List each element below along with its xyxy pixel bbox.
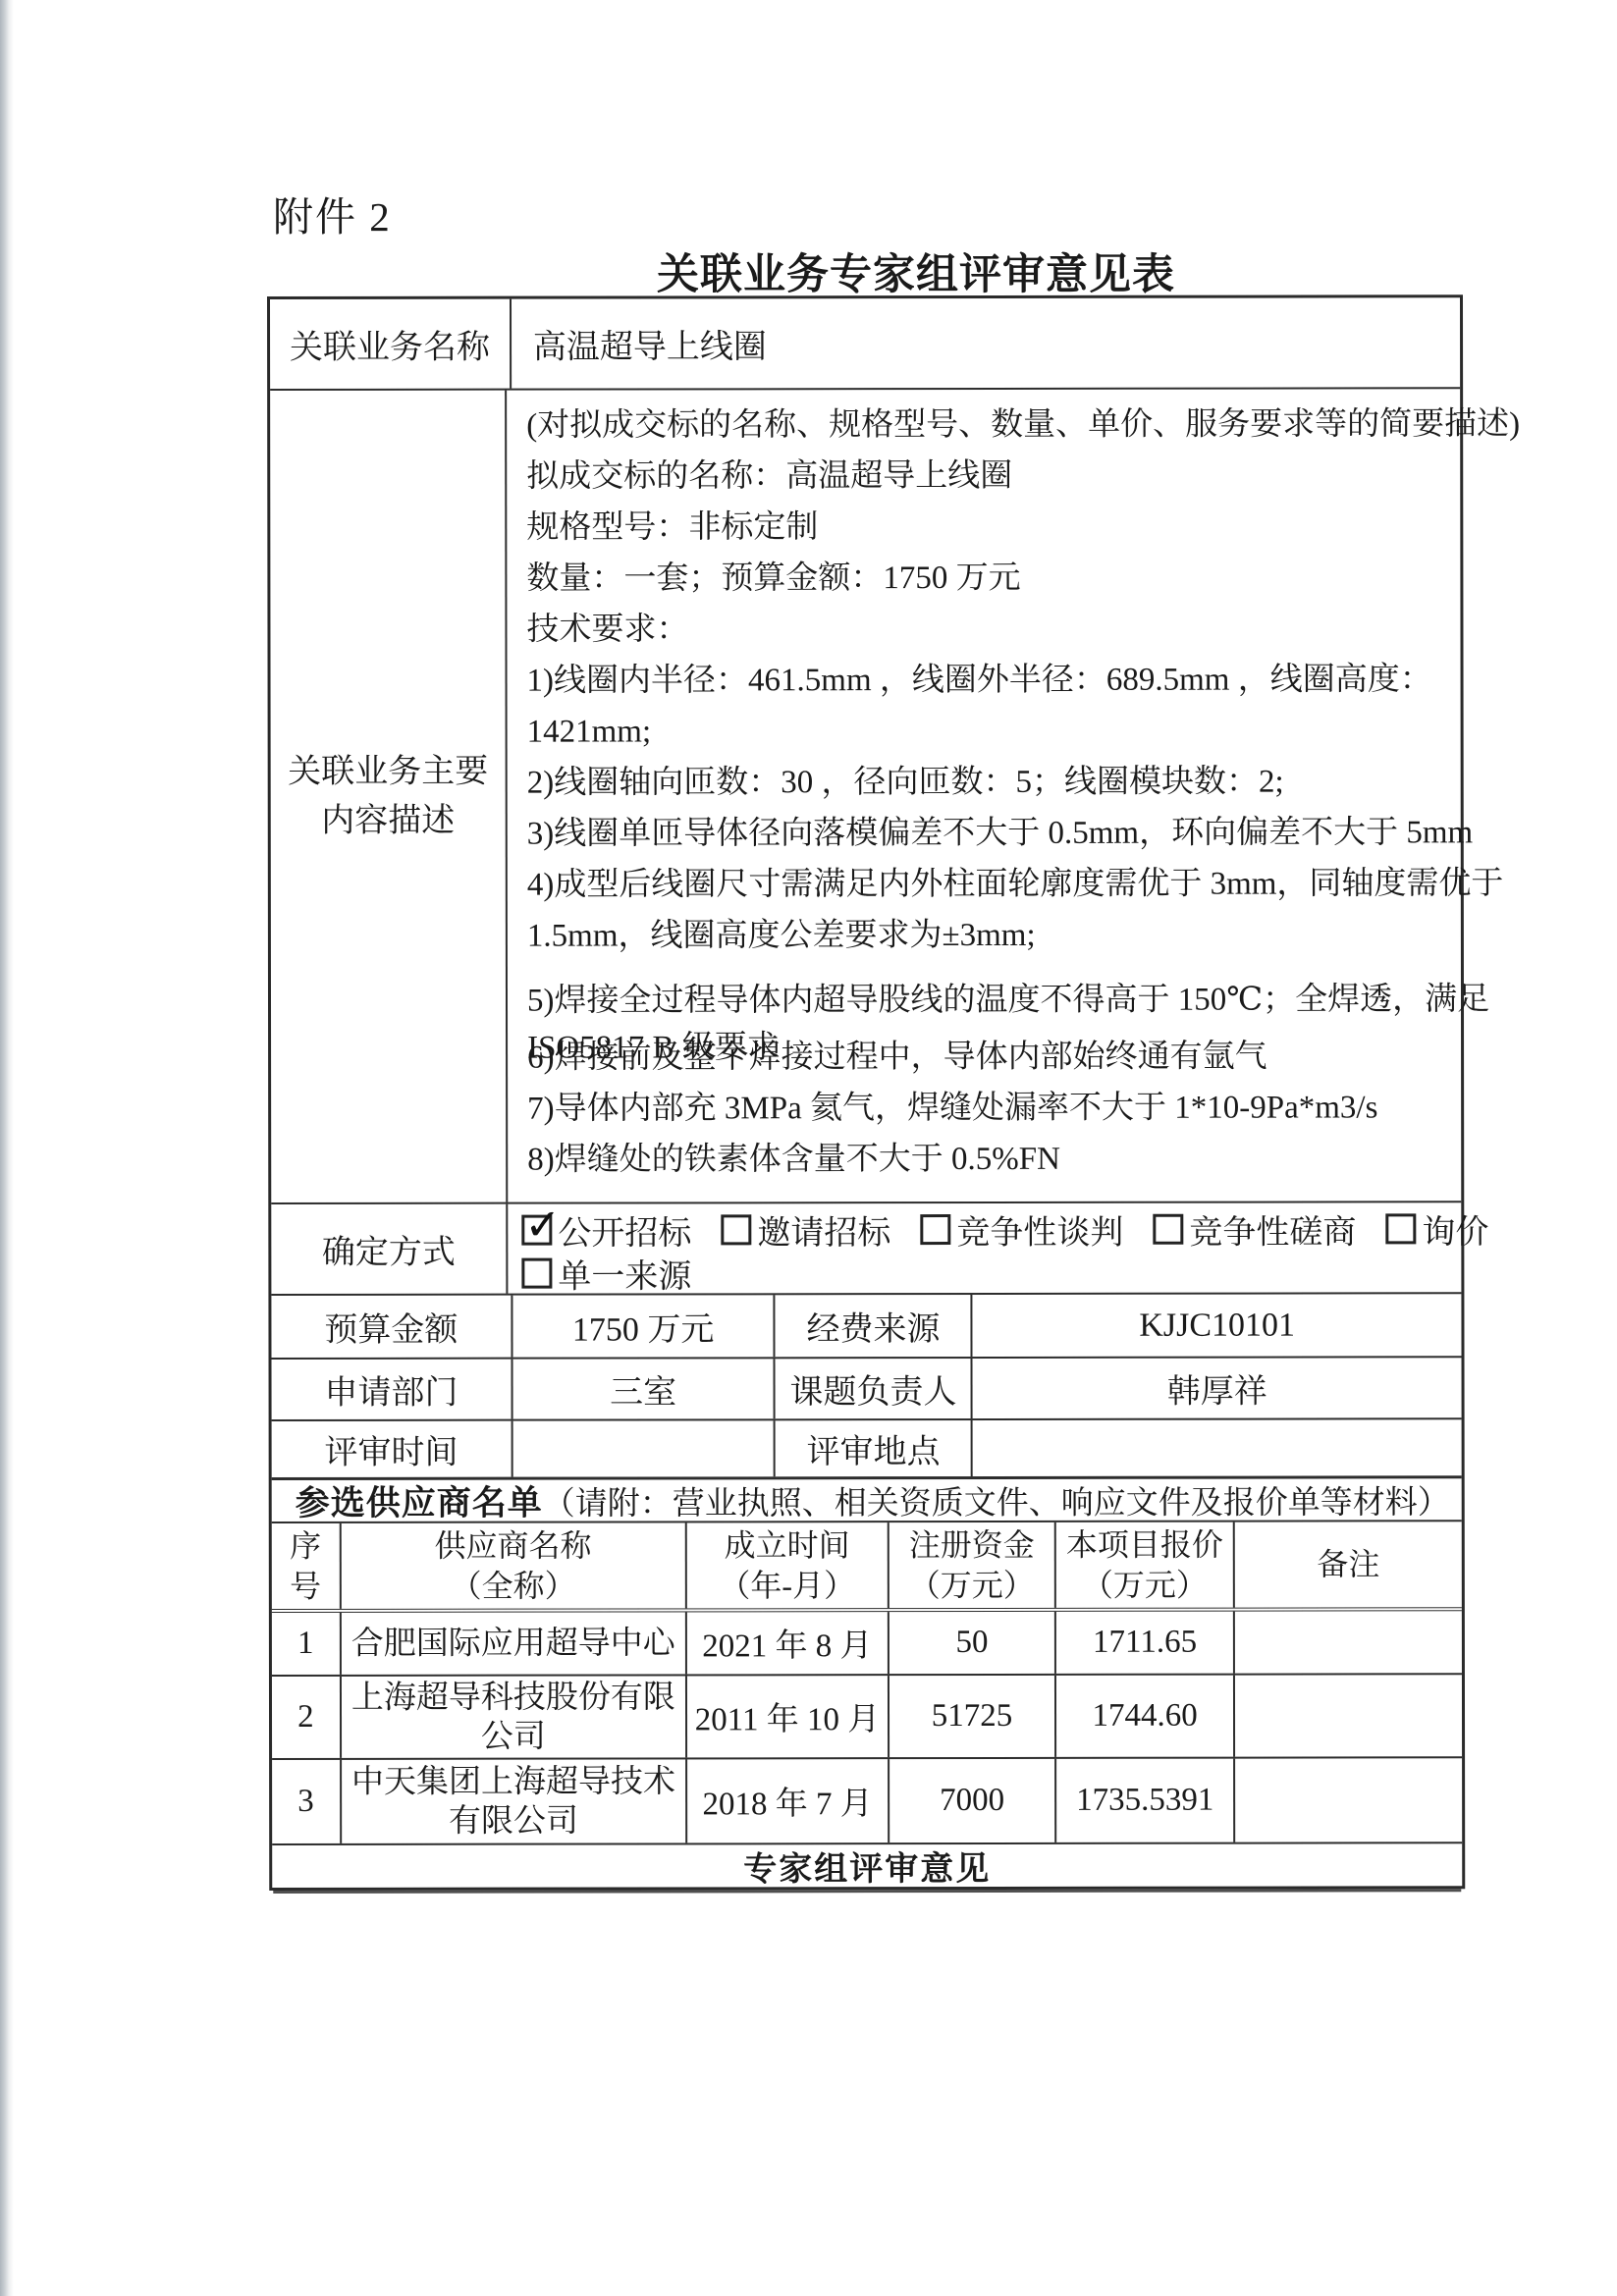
content-line: 技术要求：: [526, 603, 1446, 655]
supplier-seq: 1: [272, 1613, 340, 1675]
page-title: 关联业务专家组评审意见表: [318, 241, 1514, 301]
supplier-founded: 2018 年 7 月: [685, 1759, 888, 1842]
suppliers-header-row: 序 号 供应商名称 （全称） 成立时间 （年-月） 注册资金 （万元） 本项目报…: [272, 1520, 1462, 1613]
main-content-label-line1: 关联业务主要: [288, 747, 488, 796]
content-line: 数量：一套；预算金额：1750 万元: [526, 552, 1446, 604]
option-single-source: 单一来源: [521, 1249, 691, 1297]
main-content-label-line2: 内容描述: [321, 796, 455, 845]
content-line: 5)焊接全过程导体内超导股线的温度不得高于 150℃；全焊透，满足: [527, 974, 1447, 1026]
header-remark-line1: 备注: [1317, 1544, 1379, 1584]
business-name-label: 关联业务名称: [270, 299, 510, 389]
determination-options: 公开招标 邀请招标 竞争性谈判 竞争性磋商 询价: [506, 1202, 1461, 1293]
main-content-row: 关联业务主要 内容描述 (对拟成交标的名称、规格型号、数量、单价、服务要求等的简…: [270, 387, 1461, 1202]
supplier-capital: 50: [888, 1612, 1054, 1674]
content-line-overlapping: ISO5817 B 级要求: [527, 1021, 1447, 1073]
supplier-seq: 2: [272, 1677, 340, 1758]
header-seq-line1: 序: [290, 1525, 321, 1566]
department-label: 申请部门: [272, 1360, 512, 1419]
suppliers-section-note: （请附：营业执照、相关资质文件、响应文件及报价单等材料）: [543, 1476, 1450, 1523]
review-time-value: [511, 1420, 774, 1476]
header-remark: 备注: [1233, 1522, 1462, 1607]
supplier-name: 上海超导科技股份有限公司: [340, 1676, 685, 1757]
business-name-value: 高温超导上线圈: [510, 297, 1460, 388]
option-competitive-consultation: 竞争性磋商: [1153, 1204, 1356, 1253]
review-place-value: [971, 1419, 1462, 1476]
department-row: 申请部门 三室 课题负责人 韩厚祥: [272, 1356, 1462, 1419]
content-line: 4)成型后线圈尺寸需满足内外柱面轮廓度需优于 3mm，同轴度需优于: [527, 858, 1447, 910]
content-line: 8)焊缝处的铁素体含量不大于 0.5%FN: [527, 1133, 1447, 1185]
suppliers-section-band: 参选供应商名单 （请附：营业执照、相关资质文件、响应文件及报价单等材料）: [272, 1475, 1462, 1522]
header-founded-line1: 成立时间: [725, 1525, 850, 1566]
supplier-name: 合肥国际应用超导中心: [340, 1612, 685, 1674]
expert-opinion-title: 专家组评审意见: [743, 1842, 991, 1890]
checkbox-competitive-consultation[interactable]: [1153, 1213, 1183, 1244]
funding-source-value: KJJC10101: [971, 1294, 1462, 1357]
determination-row: 确定方式 公开招标 邀请招标 竞争性谈判 竞争性磋商: [271, 1201, 1461, 1294]
checkbox-inquiry[interactable]: [1385, 1213, 1416, 1244]
content-line: 1)线圈内半径：461.5mm ，线圈外半径：689.5mm ，线圈高度：: [527, 654, 1447, 706]
review-place-label: 评审地点: [774, 1420, 971, 1476]
option-competitive-negotiation: 竞争性谈判: [920, 1204, 1123, 1253]
main-content-body: (对拟成交标的名称、规格型号、数量、单价、服务要求等的简要描述) 拟成交标的名称…: [505, 389, 1461, 1201]
header-founded: 成立时间 （年-月）: [685, 1522, 888, 1608]
supplier-capital: 51725: [888, 1676, 1054, 1757]
checkbox-public-bidding[interactable]: [521, 1214, 552, 1245]
checkbox-competitive-negotiation[interactable]: [920, 1214, 950, 1245]
supplier-capital: 7000: [888, 1759, 1054, 1842]
option-label: 邀请招标: [757, 1205, 890, 1254]
suppliers-section-title: 参选供应商名单: [296, 1476, 543, 1525]
supplier-remark: [1233, 1758, 1462, 1842]
header-seq: 序 号: [272, 1523, 340, 1609]
supplier-bid: 1711.65: [1054, 1612, 1233, 1674]
header-bid-line2: （万元）: [1082, 1565, 1208, 1605]
supplier-name: 中天集团上海超导技术有限公司: [340, 1759, 685, 1842]
content-line: 2)线圈轴向匝数：30 ，径向匝数：5；线圈模块数：2;: [527, 756, 1447, 808]
supplier-remark: [1233, 1675, 1462, 1756]
content-line: 拟成交标的名称：高温超导上线圈: [526, 450, 1446, 502]
supplier-row: 3 中天集团上海超导技术有限公司 2018 年 7 月 7000 1735.53…: [272, 1756, 1462, 1843]
option-label: 竞争性谈判: [956, 1204, 1123, 1253]
header-bid: 本项目报价 （万元）: [1054, 1522, 1233, 1608]
option-public-bidding: 公开招标: [521, 1205, 691, 1254]
checkbox-single-source[interactable]: [521, 1257, 552, 1288]
review-time-label: 评审时间: [272, 1421, 512, 1477]
content-line: 规格型号：非标定制: [526, 501, 1446, 553]
supplier-founded: 2021 年 8 月: [685, 1612, 888, 1674]
supplier-row: 1 合肥国际应用超导中心 2021 年 8 月 50 1711.65: [272, 1611, 1462, 1675]
review-time-row: 评审时间 评审地点: [272, 1417, 1462, 1477]
header-supplier-name-line1: 供应商名称: [435, 1525, 592, 1566]
supplier-seq: 3: [272, 1760, 340, 1843]
content-line: 1421mm;: [527, 705, 1447, 757]
budget-row: 预算金额 1750 万元 经费来源 KJJC10101: [271, 1292, 1461, 1358]
checkbox-invited-bidding[interactable]: [721, 1214, 751, 1245]
header-capital: 注册资金 （万元）: [888, 1522, 1054, 1608]
option-label: 公开招标: [558, 1205, 691, 1254]
project-leader-value: 韩厚祥: [971, 1358, 1462, 1418]
header-supplier-name-line2: （全称）: [451, 1566, 576, 1606]
budget-value: 1750 万元: [511, 1295, 774, 1357]
content-line: 3)线圈单匝导体径向落模偏差不大于 0.5mm，环向偏差不大于 5mm: [527, 807, 1447, 859]
business-name-row: 关联业务名称 高温超导上线圈: [270, 297, 1460, 389]
main-content-label: 关联业务主要 内容描述: [270, 391, 506, 1202]
option-label: 竞争性磋商: [1189, 1204, 1356, 1253]
content-line: (对拟成交标的名称、规格型号、数量、单价、服务要求等的简要描述): [526, 399, 1446, 451]
review-form-table: 关联业务名称 高温超导上线圈 关联业务主要 内容描述 (对拟成交标的名称、规格型…: [267, 294, 1465, 1891]
supplier-remark: [1233, 1611, 1462, 1673]
scan-edge-artifact: [0, 0, 14, 2296]
header-founded-line2: （年-月）: [719, 1566, 855, 1606]
option-invited-bidding: 邀请招标: [721, 1205, 890, 1254]
budget-label: 预算金额: [271, 1296, 511, 1358]
supplier-founded: 2011 年 10 月: [685, 1676, 888, 1757]
option-label: 询价: [1422, 1204, 1488, 1253]
header-seq-line2: 号: [290, 1566, 321, 1606]
determination-options-line2: 单一来源: [521, 1250, 1461, 1294]
supplier-bid: 1735.5391: [1054, 1759, 1233, 1842]
expert-opinion-band: 专家组评审意见: [272, 1842, 1462, 1888]
supplier-bid: 1744.60: [1054, 1676, 1233, 1757]
supplier-row: 2 上海超导科技股份有限公司 2011 年 10 月 51725 1744.60: [272, 1673, 1462, 1758]
determination-options-line1: 公开招标 邀请招标 竞争性谈判 竞争性磋商 询价: [521, 1206, 1461, 1251]
option-inquiry: 询价: [1385, 1204, 1488, 1253]
header-capital-line1: 注册资金: [909, 1524, 1035, 1565]
header-bid-line1: 本项目报价: [1066, 1524, 1223, 1565]
funding-source-label: 经费来源: [774, 1295, 971, 1357]
content-line: 7)导体内部充 3MPa 氦气，焊缝处漏率不大于 1*10-9Pa*m3/s: [527, 1082, 1447, 1134]
project-leader-label: 课题负责人: [774, 1359, 971, 1418]
determination-label: 确定方式: [271, 1204, 506, 1294]
header-capital-line2: （万元）: [909, 1565, 1035, 1605]
header-supplier-name: 供应商名称 （全称）: [339, 1522, 684, 1608]
attachment-label: 附件 2: [273, 185, 392, 242]
department-value: 三室: [511, 1359, 774, 1418]
content-line: 1.5mm，线圈高度公差要求为±3mm;: [527, 909, 1447, 961]
option-label: 单一来源: [558, 1249, 691, 1297]
